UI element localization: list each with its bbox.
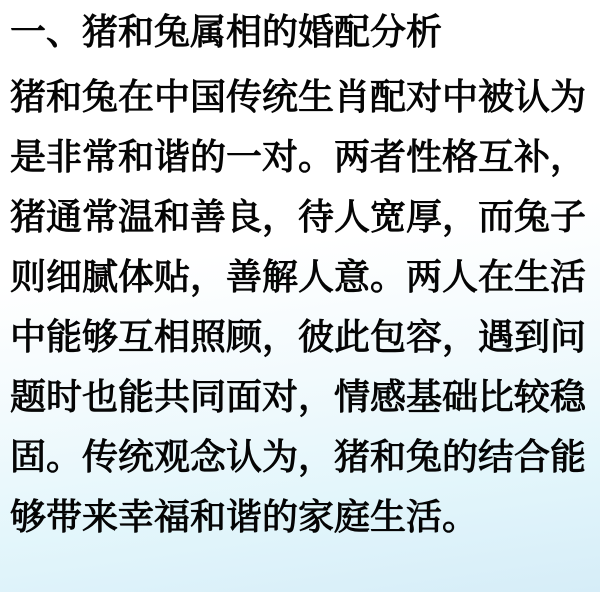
text-line: 是非常和谐的一对。两者性格互补， [10,127,594,187]
text-line: 猪通常温和善良，待人宽厚，而兔子 [10,187,594,247]
section-heading: 一、猪和兔属相的婚配分析 [10,2,594,62]
text-line: 则细腻体贴，善解人意。两人在生活 [10,247,594,307]
text-line: 固。传统观念认为，猪和兔的结合能 [10,427,594,487]
text-line: 中能够互相照顾，彼此包容，遇到问 [10,307,594,367]
text-line: 猪和兔在中国传统生肖配对中被认为 [10,67,594,127]
text-line: 题时也能共同面对，情感基础比较稳 [10,367,594,427]
document-page: 一、猪和兔属相的婚配分析 猪和兔在中国传统生肖配对中被认为 是非常和谐的一对。两… [0,0,600,592]
text-line: 够带来幸福和谐的家庭生活。 [10,487,594,547]
